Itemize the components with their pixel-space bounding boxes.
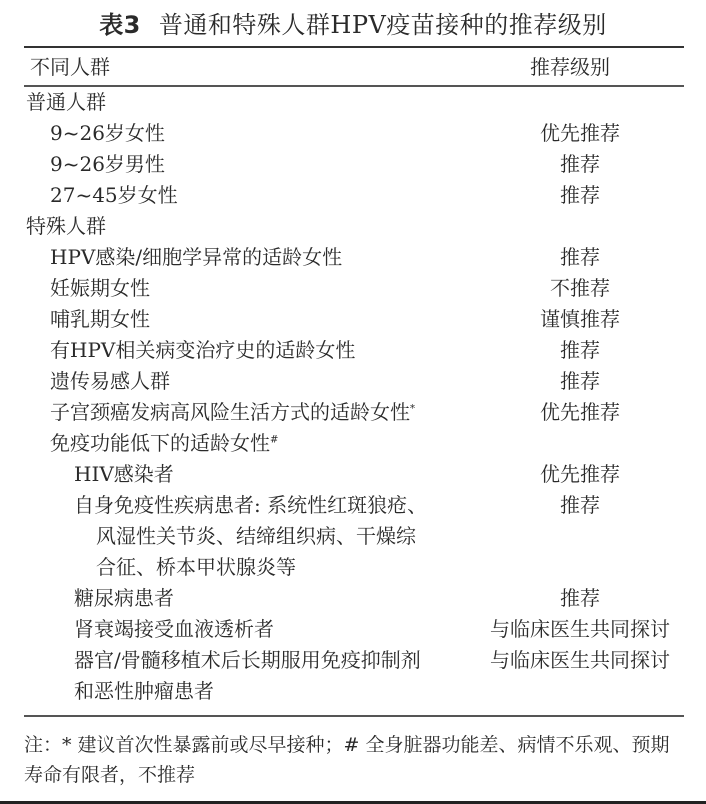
table-row: 肾衰竭接受血液透析者与临床医生共同探讨: [0, 614, 706, 645]
table-row: 器官/骨髓移植术后长期服用免疫抑制剂与临床医生共同探讨: [0, 645, 706, 676]
recommendation-cell: 优先推荐: [470, 397, 690, 428]
recommendation-cell: 推荐: [470, 335, 690, 366]
table-row: 普通人群: [0, 87, 706, 118]
population-text: 子宫颈癌发病高风险生活方式的适龄女性: [50, 400, 410, 424]
recommendation-cell: 推荐: [470, 583, 690, 614]
table-row: 妊娠期女性不推荐: [0, 273, 706, 304]
population-cell: 免疫功能低下的适龄女性#: [50, 428, 278, 459]
table-row: HIV感染者优先推荐: [0, 459, 706, 490]
table-row: 子宫颈癌发病高风险生活方式的适龄女性*优先推荐: [0, 397, 706, 428]
table-footnote: 注：* 建议首次性暴露前或尽早接种；# 全身脏器功能差、病情不乐观、预期寿命有限…: [24, 730, 688, 790]
population-cell: 特殊人群: [26, 211, 106, 242]
population-cell: 有HPV相关病变治疗史的适龄女性: [50, 335, 355, 366]
population-cell: 自身免疫性疾病患者: 系统性红斑狼疮、: [74, 490, 427, 521]
population-cell: 器官/骨髓移植术后长期服用免疫抑制剂: [74, 645, 421, 676]
population-cell: HPV感染/细胞学异常的适龄女性: [50, 242, 342, 273]
population-text: 免疫功能低下的适龄女性: [50, 431, 270, 455]
table-row: 9~26岁男性推荐: [0, 149, 706, 180]
recommendation-cell: 不推荐: [470, 273, 690, 304]
recommendation-cell: 与临床医生共同探讨: [470, 614, 690, 645]
footnote-marker: #: [270, 434, 278, 445]
table-body: 普通人群 9~26岁女性优先推荐 9~26岁男性推荐 27~45岁女性推荐 特殊…: [0, 87, 706, 707]
population-cell: 9~26岁男性: [50, 149, 165, 180]
table-row: HPV感染/细胞学异常的适龄女性推荐: [0, 242, 706, 273]
recommendation-cell: 推荐: [470, 242, 690, 273]
population-cell: 遗传易感人群: [50, 366, 170, 397]
population-cell: 和恶性肿瘤患者: [74, 676, 214, 707]
table-row: 免疫功能低下的适龄女性#: [0, 428, 706, 459]
recommendation-cell: 与临床医生共同探讨: [470, 645, 690, 676]
bottom-rule: [24, 715, 684, 717]
population-cell: 9~26岁女性: [50, 118, 165, 149]
population-cell: HIV感染者: [74, 459, 174, 490]
population-cell: 肾衰竭接受血液透析者: [74, 614, 274, 645]
table-row: 自身免疫性疾病患者: 系统性红斑狼疮、推荐: [0, 490, 706, 521]
header-recommendation: 推荐级别: [530, 50, 610, 84]
population-cell: 风湿性关节炎、结缔组织病、干燥综: [96, 521, 416, 552]
table-title: 表3普通和特殊人群HPV疫苗接种的推荐级别: [0, 8, 706, 42]
population-cell: 妊娠期女性: [50, 273, 150, 304]
population-cell: 糖尿病患者: [74, 583, 174, 614]
table-row: 糖尿病患者推荐: [0, 583, 706, 614]
recommendation-cell: 谨慎推荐: [470, 304, 690, 335]
table-row: 哺乳期女性谨慎推荐: [0, 304, 706, 335]
footnote-marker: *: [410, 403, 415, 414]
table-number: 表3: [99, 11, 141, 39]
recommendation-cell: 优先推荐: [470, 459, 690, 490]
table-row: 有HPV相关病变治疗史的适龄女性推荐: [0, 335, 706, 366]
recommendation-cell: 推荐: [470, 149, 690, 180]
table-caption: 普通和特殊人群HPV疫苗接种的推荐级别: [159, 11, 607, 39]
recommendation-cell: 优先推荐: [470, 118, 690, 149]
population-cell: 子宫颈癌发病高风险生活方式的适龄女性*: [50, 397, 415, 428]
table-row: 合征、桥本甲状腺炎等: [0, 552, 706, 583]
recommendation-cell: 推荐: [470, 490, 690, 521]
population-cell: 哺乳期女性: [50, 304, 150, 335]
table-row: 27~45岁女性推荐: [0, 180, 706, 211]
table-row: 特殊人群: [0, 211, 706, 242]
table-row: 风湿性关节炎、结缔组织病、干燥综: [0, 521, 706, 552]
top-rule: [24, 46, 684, 48]
table-row: 遗传易感人群推荐: [0, 366, 706, 397]
population-cell: 合征、桥本甲状腺炎等: [96, 552, 296, 583]
header-population: 不同人群: [30, 50, 110, 84]
recommendation-cell: 推荐: [470, 366, 690, 397]
table-row: 和恶性肿瘤患者: [0, 676, 706, 707]
population-cell: 普通人群: [26, 87, 106, 118]
recommendation-cell: 推荐: [470, 180, 690, 211]
table-row: 9~26岁女性优先推荐: [0, 118, 706, 149]
population-cell: 27~45岁女性: [50, 180, 178, 211]
